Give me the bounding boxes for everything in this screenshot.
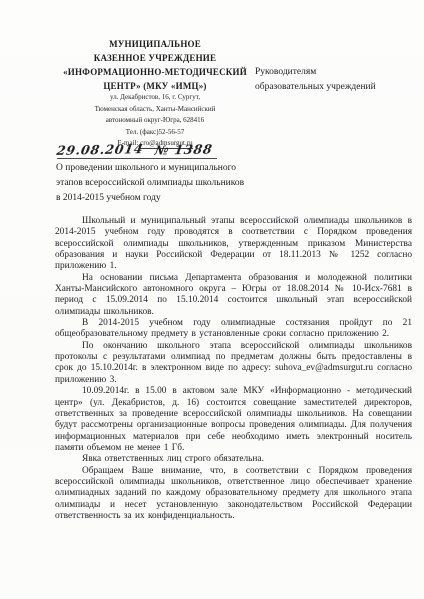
org-address-line: ул. Декабристов, 16, г. Сургут, [48,92,262,104]
org-name-line: ЦЕНТР» (МКУ «ИМЦ») [48,79,262,93]
org-name-line: «ИНФОРМАЦИОННО-МЕТОДИЧЕСКИЙ [48,65,262,79]
subject-line: О проведении школьного и муниципального [56,161,306,176]
org-phone-line: Тел. (факс)52-56-57 [48,127,262,139]
letter-body: Школьный и муниципальный этапы всероссий… [55,216,412,522]
body-paragraph: В 2014-2015 учебном году олимпиадные сос… [55,318,412,341]
scanned-letter-page: МУНИЦИПАЛЬНОЕ КАЗЕННОЕ УЧРЕЖДЕНИЕ «ИНФОР… [0,0,424,599]
letterhead-org-name: МУНИЦИПАЛЬНОЕ КАЗЕННОЕ УЧРЕЖДЕНИЕ «ИНФОР… [48,37,262,93]
body-paragraph: Явка ответственных лиц строго обязательн… [55,454,412,465]
body-paragraph: 10.09.2014г. в 15.00 в актовом зале МКУ … [55,386,412,454]
body-paragraph: Обращаем Ваше внимание, что, в соответст… [55,466,412,523]
subject-line: этапов всероссийской олимпиады школьнико… [56,176,306,191]
org-address-line: Тюменская область, Ханты-Мансийский [48,104,262,116]
subject-line: в 2014-2015 учебном году [56,191,306,206]
org-name-line: КАЗЕННОЕ УЧРЕЖДЕНИЕ [48,51,262,65]
registration-line: 29.08.2014 № 1388 [57,141,217,159]
body-paragraph: По окончанию школьного этапа всероссийск… [55,341,412,386]
addressee-line: образовательных учреждений [255,80,415,95]
org-name-line: МУНИЦИПАЛЬНОЕ [48,37,262,51]
org-address-line: автономный округ-Югра, 628416 [48,115,262,127]
addressee-block: Руководителям образовательных учреждений [255,65,415,94]
handwritten-number: № 1388 [154,141,214,157]
handwritten-date: 29.08.2014 [56,141,145,158]
letter-subject: О проведении школьного и муниципального … [56,161,306,205]
body-paragraph: Школьный и муниципальный этапы всероссий… [55,216,412,273]
body-paragraph: На основании письма Департамента образов… [55,273,412,318]
addressee-line: Руководителям [255,65,415,80]
